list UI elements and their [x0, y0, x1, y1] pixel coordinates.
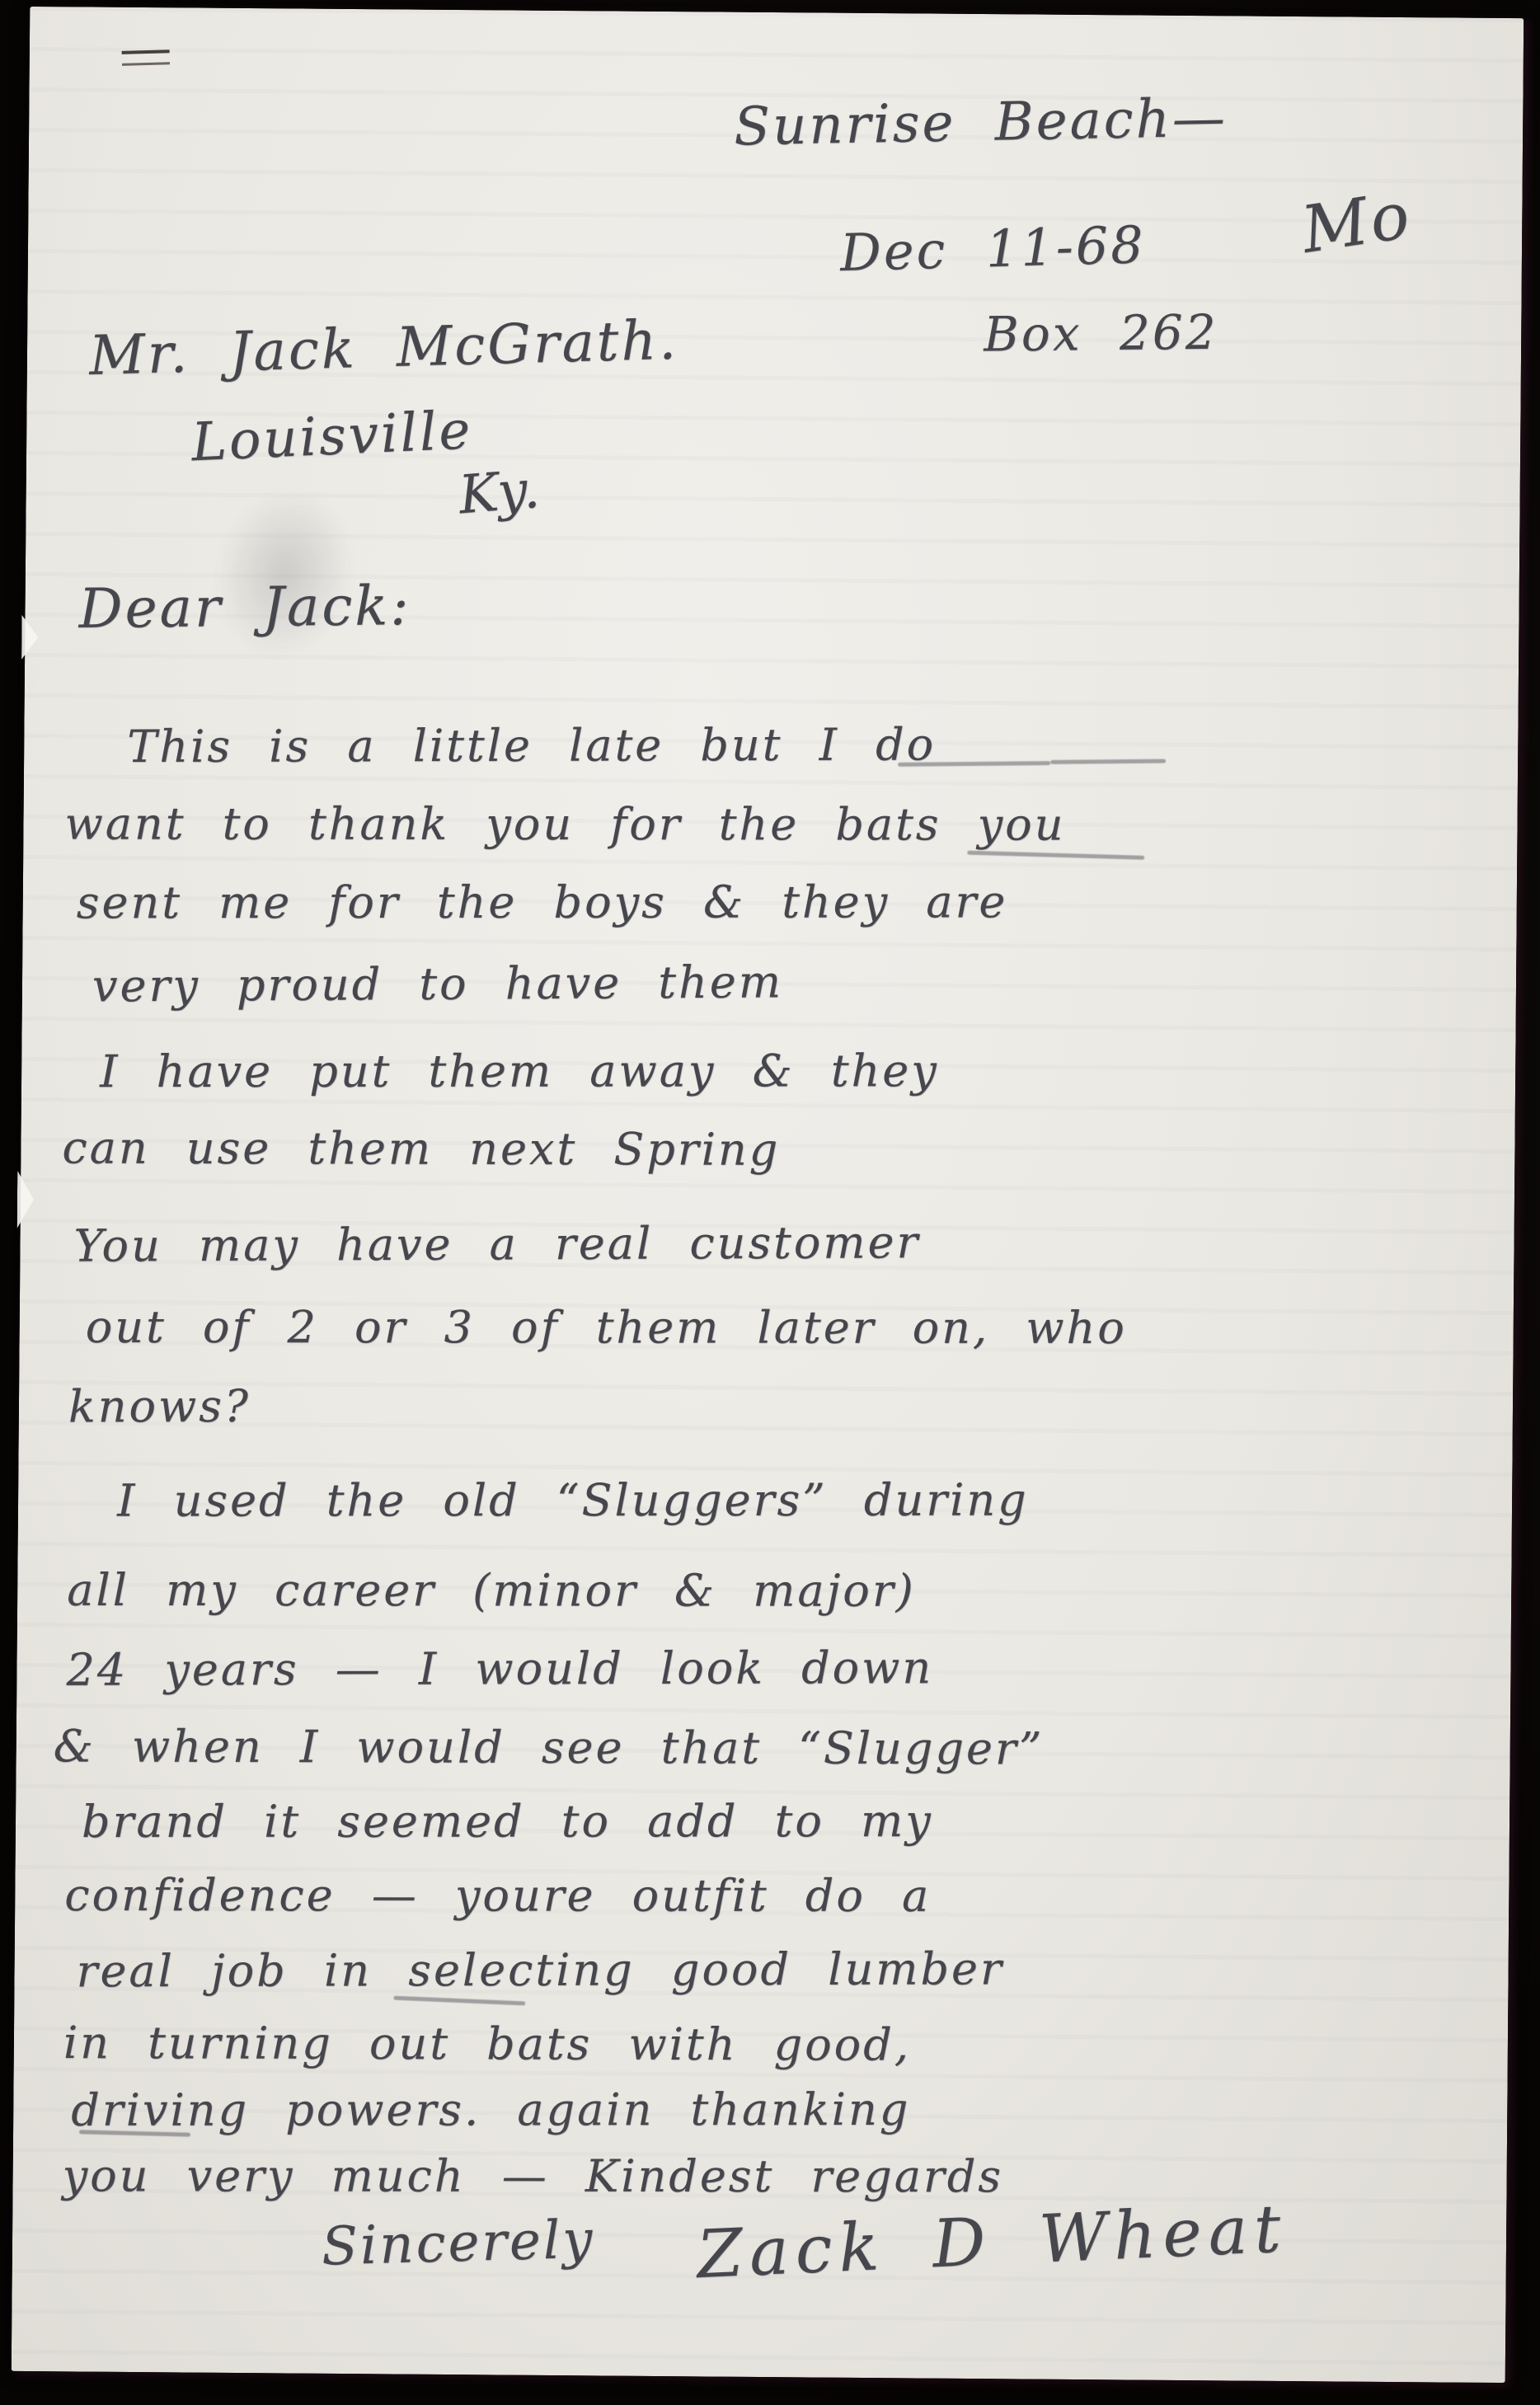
- pencil-stroke: [393, 1996, 525, 2006]
- body-line: in turning out bats with good,: [63, 2017, 911, 2071]
- body-line: driving powers. again thanking: [71, 2083, 910, 2136]
- letter-photo: Sunrise Beach— Mo Dec 11-68 Box 262 Mr. …: [0, 0, 1540, 2405]
- body-line: I used the old “Sluggers” during: [117, 1474, 1029, 1527]
- body-line: real job in selecting good lumber: [77, 1942, 1004, 1997]
- heading-state: Mo: [1297, 178, 1416, 268]
- paper-tear: [17, 1171, 35, 1228]
- recipient-state: Ky.: [457, 459, 544, 527]
- staple: [122, 49, 170, 66]
- body-line: I have put them away & they: [100, 1045, 939, 1097]
- body-line: This is a little late but I do: [127, 718, 936, 773]
- pencil-stroke: [898, 761, 1050, 767]
- body-line: want to thank you for the bats you: [64, 798, 1065, 851]
- body-line: can use them next Spring: [62, 1122, 780, 1176]
- heading-date: Dec 11-68: [839, 214, 1146, 283]
- pencil-stroke: [967, 851, 1144, 860]
- closing: Sincerely: [321, 2210, 595, 2278]
- recipient-name: Mr. Jack McGrath.: [88, 308, 679, 388]
- heading-place: Sunrise Beach—: [734, 88, 1228, 158]
- body-line: all my career (minor & major): [67, 1564, 916, 1617]
- body-line: & when I would see that “Slugger”: [54, 1720, 1045, 1774]
- body-line: very proud to have them: [92, 956, 783, 1012]
- body-line: knows?: [68, 1380, 251, 1433]
- salutation: Dear Jack:: [78, 574, 411, 641]
- pencil-smudge: [167, 436, 403, 711]
- signature: Zack D Wheat: [695, 2190, 1289, 2293]
- body-line: sent me for the boys & they are: [77, 876, 1008, 928]
- recipient-city: Louisville: [190, 400, 474, 473]
- body-line: out of 2 or 3 of them later on, who: [86, 1301, 1127, 1354]
- body-line: you very much — Kindest regards: [63, 2149, 1003, 2202]
- body-line: You may have a real customer: [73, 1216, 920, 1271]
- pencil-stroke: [1050, 759, 1166, 764]
- body-line: 24 years — I would look down: [66, 1642, 933, 1696]
- body-line: brand it seemed to add to my: [82, 1795, 933, 1848]
- body-line: confidence — youre outfit do a: [64, 1869, 931, 1922]
- heading-box: Box 262: [984, 304, 1218, 363]
- paper: Sunrise Beach— Mo Dec 11-68 Box 262 Mr. …: [12, 7, 1524, 2383]
- paper-tear: [21, 615, 38, 660]
